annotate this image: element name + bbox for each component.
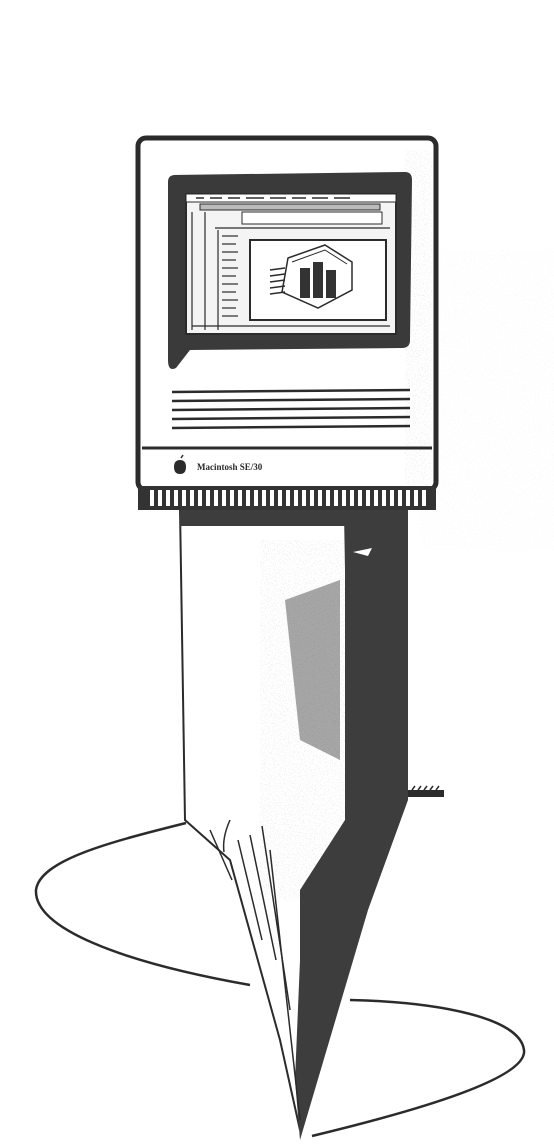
stand-top-band bbox=[180, 508, 345, 526]
screw-icon bbox=[408, 786, 444, 797]
macintosh-computer: Macintosh SE/30 bbox=[138, 138, 436, 510]
base-ribs bbox=[150, 490, 426, 506]
model-label: Macintosh SE/30 bbox=[197, 462, 263, 472]
window-title-bar bbox=[200, 204, 380, 210]
background-speckle bbox=[420, 250, 554, 550]
formula-bar bbox=[242, 212, 382, 224]
ground-ellipse-right-arc bbox=[312, 1000, 524, 1136]
macintosh-spike-illustration: Macintosh SE/30 bbox=[0, 0, 554, 1146]
